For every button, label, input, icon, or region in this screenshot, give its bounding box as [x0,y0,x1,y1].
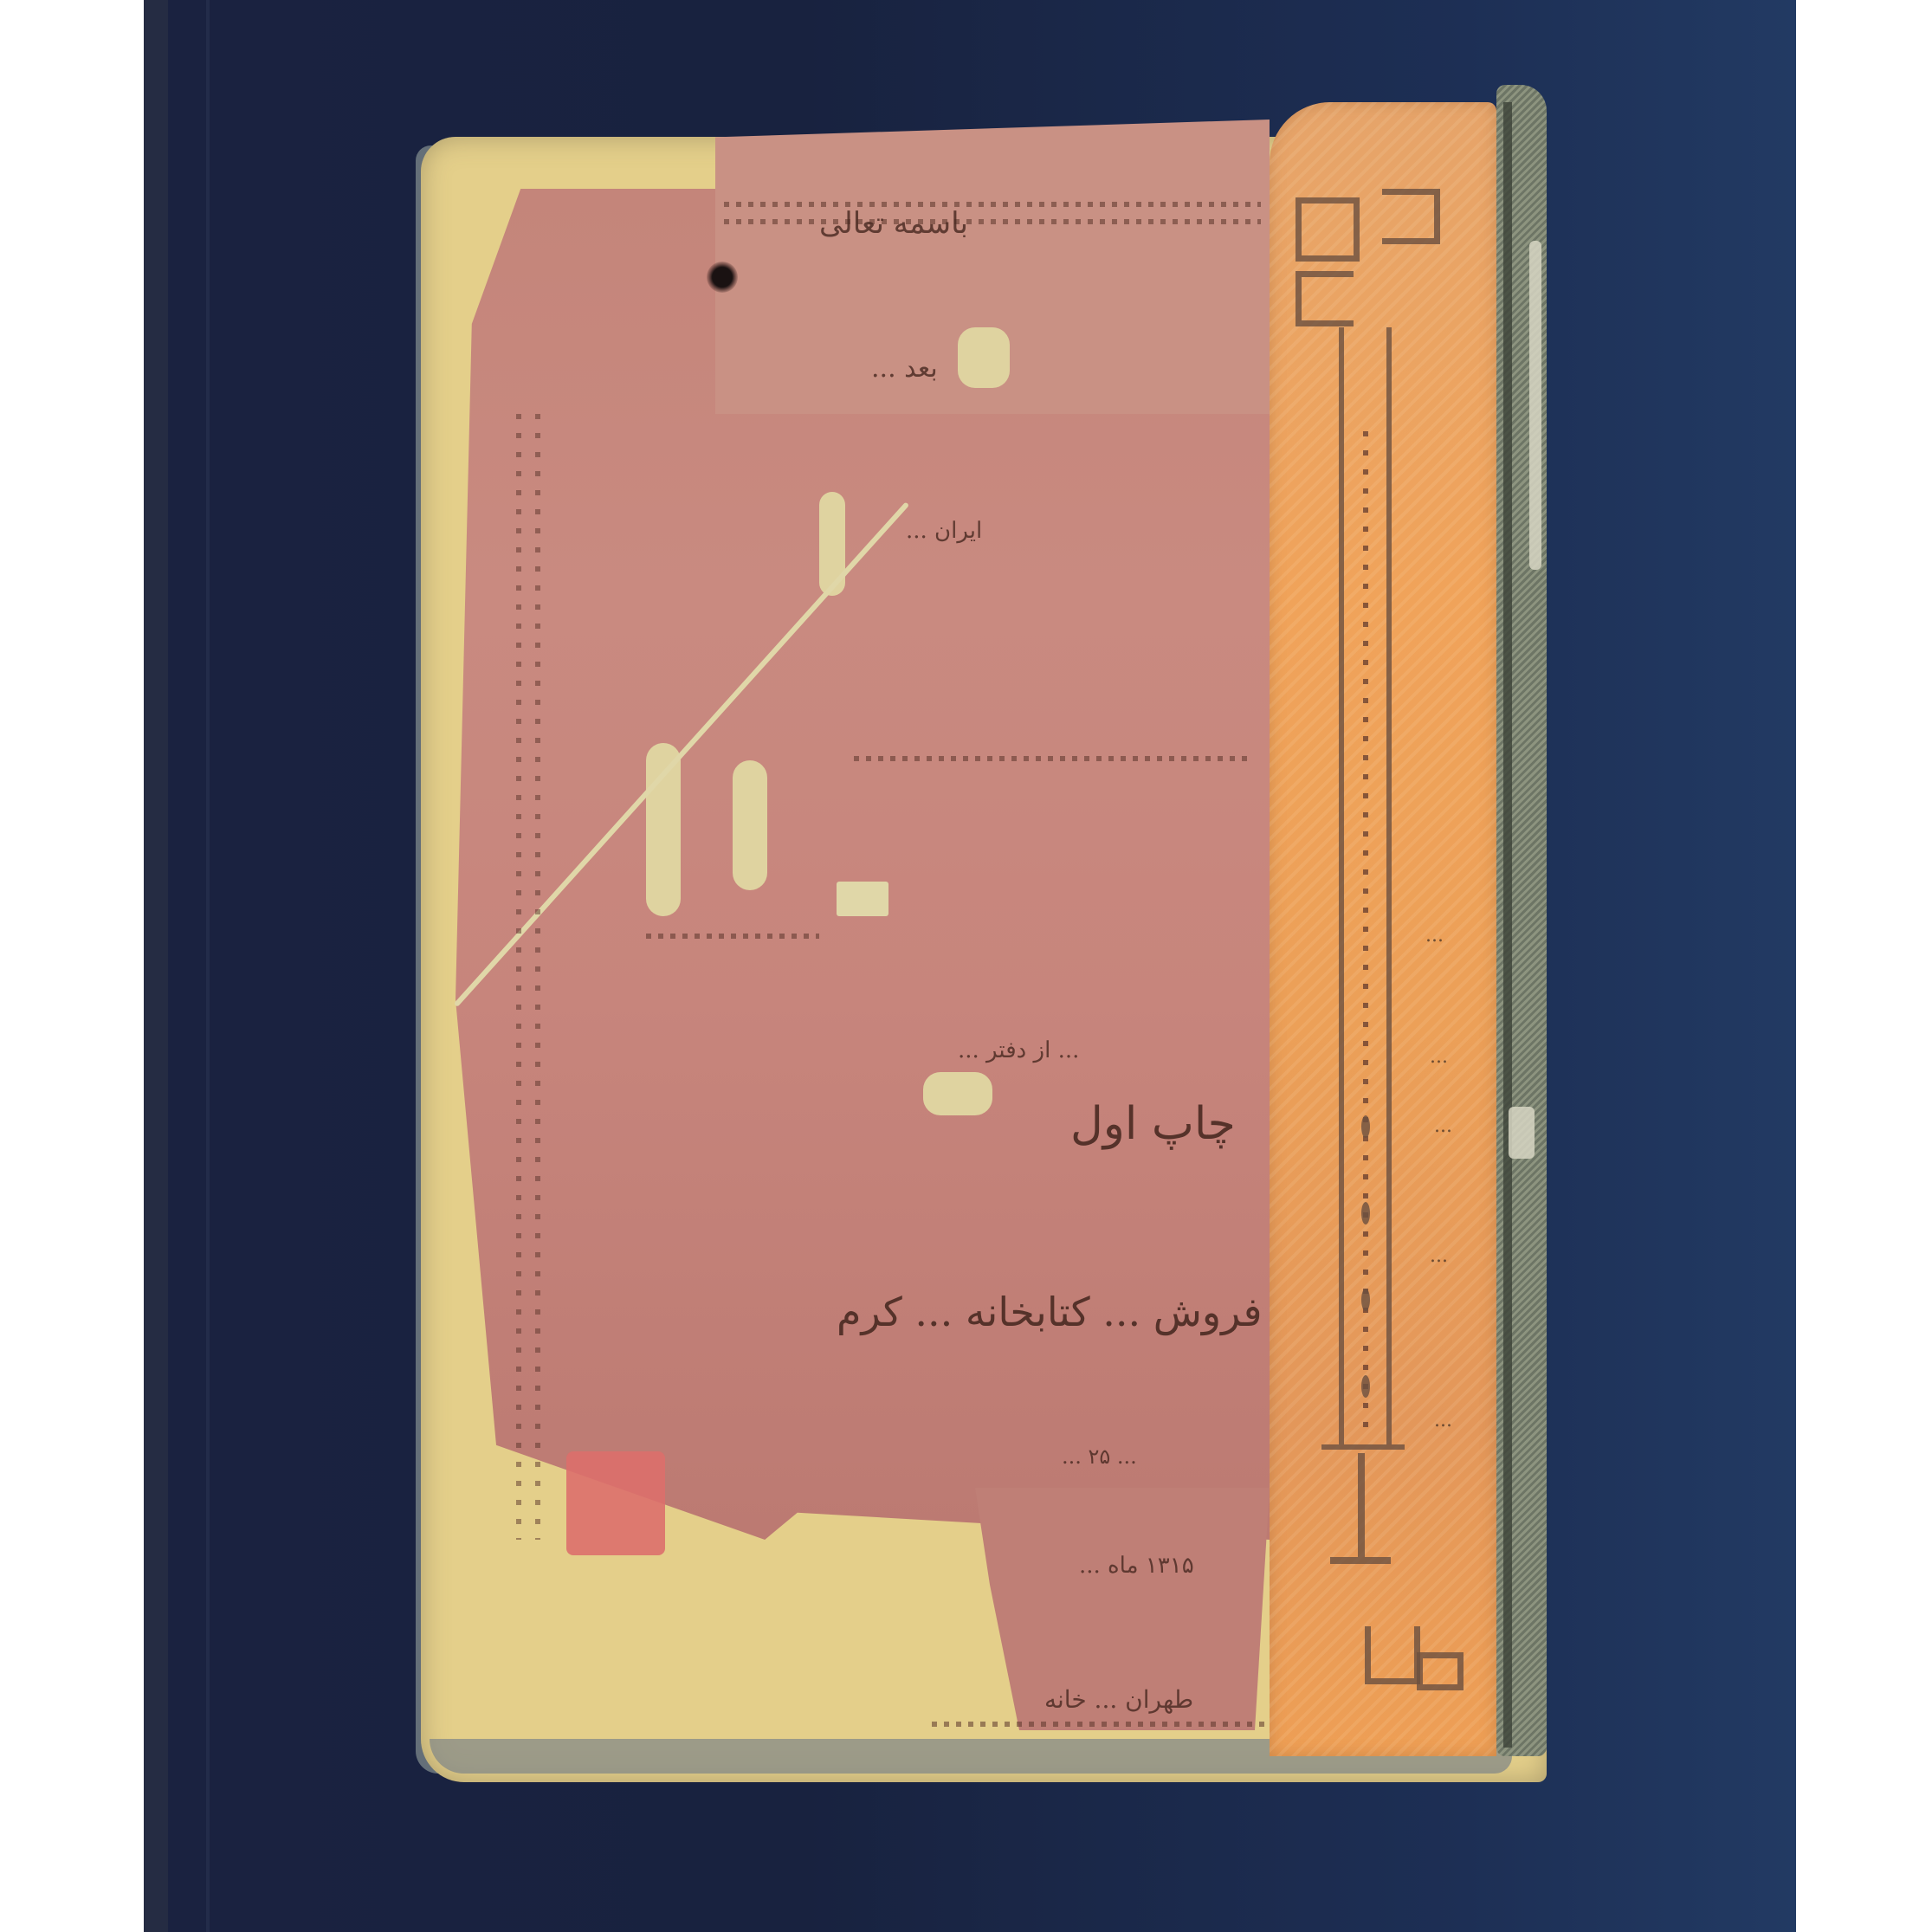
publisher-line: فروش ... کتابخانه ... کرم [837,1289,1263,1335]
city-line: طهران ... خانه [1044,1685,1193,1714]
price-line: ... ۲۵ ... [1062,1444,1137,1469]
backdrop-fold-line [206,0,210,1932]
key-pattern-hook-icon [1382,189,1440,244]
spine-note: ... [1430,1245,1448,1267]
cover-line-3: ... از دفتر ... [958,1037,1079,1063]
cover-line-1: بعد ... [871,353,938,384]
ornament-dotted-line [1363,431,1368,1436]
key-pattern-square-icon [1296,271,1354,326]
ornamental-border-left-inner [516,414,521,1540]
orange-spine-band [1270,102,1496,1756]
key-pattern-hook-icon [1365,1626,1420,1684]
ornament-base [1330,1557,1391,1564]
antique-book: باسمه تعالی بعد ... ایران ... ... از دفت… [421,68,1573,1800]
ornamental-border-top [724,202,1261,207]
spine-note: ... [1425,925,1444,947]
divider-dots [646,934,819,939]
diamond-icon [1361,1115,1370,1138]
cover-line-2: ایران ... [906,518,982,544]
ornamental-border-left [535,414,540,1540]
ornament-vertical-line [1339,327,1344,1444]
diamond-icon [1361,1289,1370,1311]
ink-blot [707,262,738,293]
ornament-crossbar [1321,1444,1405,1450]
diamond-icon [1361,1202,1370,1224]
ornament-vertical-line [1386,327,1392,1444]
paper-loss [733,760,767,890]
spine-note: ... [1434,1115,1452,1137]
spine-note: ... [1434,1410,1452,1431]
backdrop-shadow-edge [144,0,168,1932]
edition-label: چاپ اول [1070,1098,1236,1150]
date-line: ۱۳۱۵ ماه ... [1079,1553,1194,1579]
divider-dots [854,756,1252,761]
spine-worn-highlight [1529,241,1541,570]
diamond-icon [1361,1375,1370,1398]
ornament-stem [1358,1453,1365,1557]
spine-note: ... [1430,1046,1448,1068]
bright-red-patch [566,1451,665,1555]
paper-loss [923,1072,992,1115]
spine-worn-patch [1509,1107,1535,1159]
paper-loss [958,327,1010,388]
key-pattern-square-icon [1296,197,1360,262]
crack-branch [837,882,888,916]
spine-shadow-line [1503,102,1512,1748]
header-invocation: باسمه تعالی [819,206,968,241]
key-pattern-square-icon [1417,1652,1464,1690]
ornamental-border-top-inner [724,219,1261,224]
